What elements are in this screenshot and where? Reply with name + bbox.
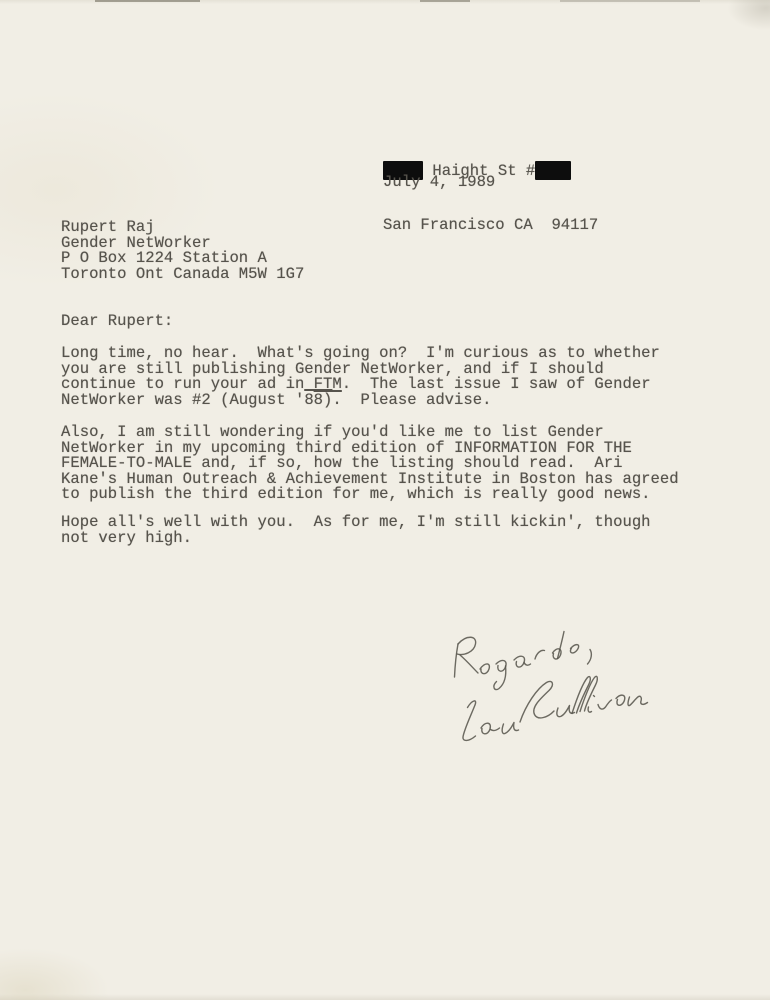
return-address-city: San Francisco CA 94117 — [383, 216, 598, 234]
signature-handwriting — [420, 600, 670, 760]
date-line: July 4, 1989 — [383, 175, 495, 191]
para1-88-overlined: 88) — [304, 391, 332, 409]
valediction-script — [455, 632, 592, 690]
salutation: Dear Rupert: — [61, 314, 173, 330]
valediction-text: Regards, — [0, 0, 1, 1]
recipient-address: Rupert Raj Gender NetWorker P O Box 1224… — [61, 220, 304, 282]
signature-name-script — [463, 676, 648, 740]
letter-page: Haight St # San Francisco CA 94117 July … — [0, 0, 770, 1000]
para1-text: . Please advise. — [332, 391, 491, 409]
body-paragraph-2: Also, I am still wondering if you'd like… — [61, 425, 679, 503]
return-address: Haight St # San Francisco CA 94117 — [383, 126, 598, 270]
body-paragraph-3: Hope all's well with you. As for me, I'm… — [61, 515, 651, 546]
signature-name-text: Lou Sullivan — [0, 0, 1, 1]
body-paragraph-1: Long time, no hear. What's going on? I'm… — [61, 346, 660, 408]
redaction-box-unit-number — [535, 161, 571, 180]
